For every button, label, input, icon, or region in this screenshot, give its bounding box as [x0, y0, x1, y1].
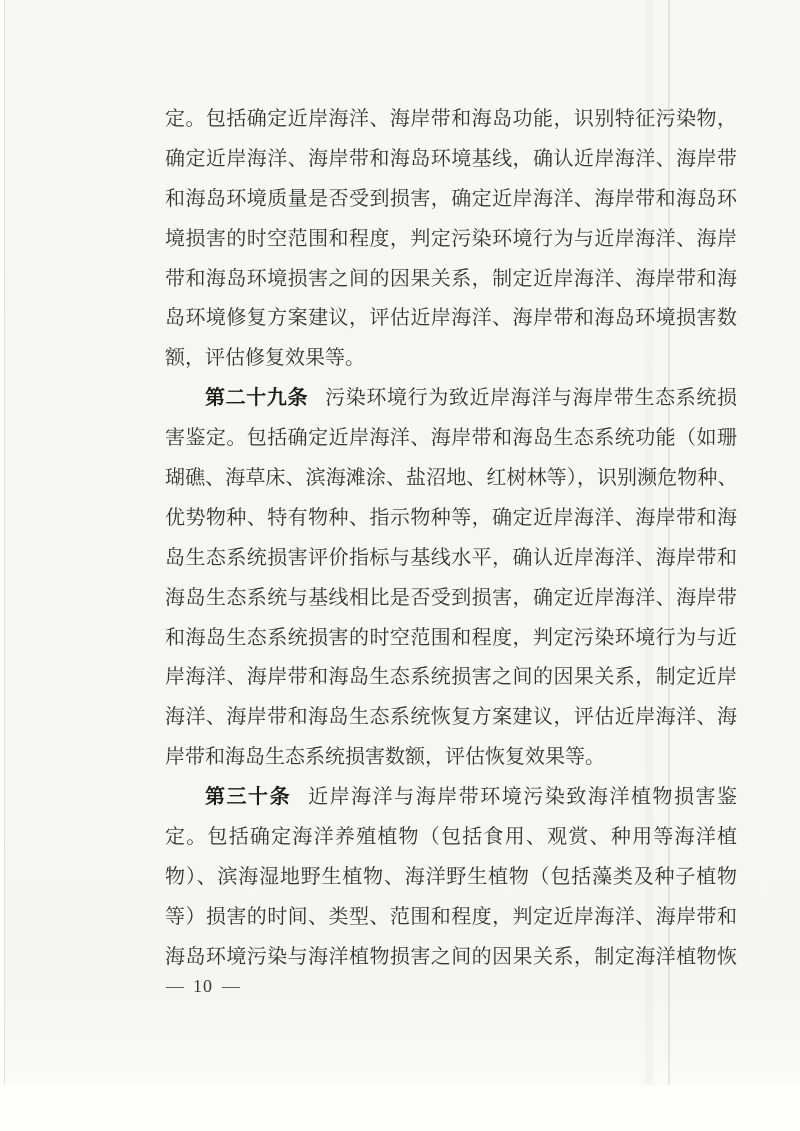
text-line: 带和海岛环境损害之间的因果关系，制定近岸海洋、海岸带和海 [165, 260, 737, 300]
text-line: 害鉴定。包括确定近岸海洋、海岸带和海岛生态系统功能（如珊 [165, 419, 737, 459]
article-heading-text: 近岸海洋与海岸带环境污染致海洋植物损害鉴 [308, 786, 737, 808]
article-30-heading-line: 第三十条近岸海洋与海岸带环境污染致海洋植物损害鉴 [165, 778, 737, 818]
scanned-document-page: 定。包括确定近岸海洋、海岸带和海岛功能，识别特征污染物， 确定近岸海洋、海岸带和… [0, 0, 800, 1131]
text-line: 和海岛生态系统损害的时空范围和程度，判定污染环境行为与近 [165, 619, 737, 659]
text-line: 和海岛环境质量是否受到损害，确定近岸海洋、海岸带和海岛环 [165, 180, 737, 220]
text-line: 海岛生态系统与基线相比是否受到损害，确定近岸海洋、海岸带 [165, 579, 737, 619]
page-number-footer: —10— [166, 974, 240, 998]
text-line: 境损害的时空范围和程度，判定污染环境行为与近岸海洋、海岸 [165, 220, 737, 260]
text-line: 岛生态系统损害评价指标与基线水平，确认近岸海洋、海岸带和 [165, 539, 737, 579]
text-line: 海岛环境污染与海洋植物损害之间的因果关系，制定海洋植物恢 [165, 938, 737, 978]
text-line: 物）、滨海湿地野生植物、海洋野生植物（包括藻类及种子植物 [165, 858, 737, 898]
footer-dash-left: — [166, 976, 184, 996]
document-body-text: 定。包括确定近岸海洋、海岸带和海岛功能，识别特征污染物， 确定近岸海洋、海岸带和… [165, 100, 737, 978]
footer-dash-right: — [222, 976, 240, 996]
text-line: 等）损害的时间、类型、范围和程度，判定近岸海洋、海岸带和 [165, 898, 737, 938]
text-line: 定。包括确定近岸海洋、海岸带和海岛功能，识别特征污染物， [165, 100, 737, 140]
text-line: 瑚礁、海草床、滨海滩涂、盐沼地、红树林等），识别濒危物种、 [165, 459, 737, 499]
scan-left-edge-line [4, 0, 5, 1085]
text-line: 海洋、海岸带和海岛生态系统恢复方案建议，评估近岸海洋、海 [165, 698, 737, 738]
text-line: 额，评估修复效果等。 [165, 339, 737, 379]
article-number: 第三十条 [205, 786, 291, 808]
article-29-heading-line: 第二十九条污染环境行为致近岸海洋与海岸带生态系统损 [165, 379, 737, 419]
text-line: 岸海洋、海岸带和海岛生态系统损害之间的因果关系，制定近岸 [165, 658, 737, 698]
page-number: 10 [193, 976, 213, 996]
text-line: 优势物种、特有物种、指示物种等，确定近岸海洋、海岸带和海 [165, 499, 737, 539]
text-line: 确定近岸海洋、海岸带和海岛环境基线，确认近岸海洋、海岸带 [165, 140, 737, 180]
article-heading-text: 污染环境行为致近岸海洋与海岸带生态系统损 [325, 387, 737, 409]
text-line: 岛环境修复方案建议，评估近岸海洋、海岸带和海岛环境损害数 [165, 299, 737, 339]
text-line: 定。包括确定海洋养殖植物（包括食用、观赏、种用等海洋植 [165, 818, 737, 858]
text-line: 岸带和海岛生态系统损害数额，评估恢复效果等。 [165, 738, 737, 778]
article-number: 第二十九条 [205, 387, 308, 409]
